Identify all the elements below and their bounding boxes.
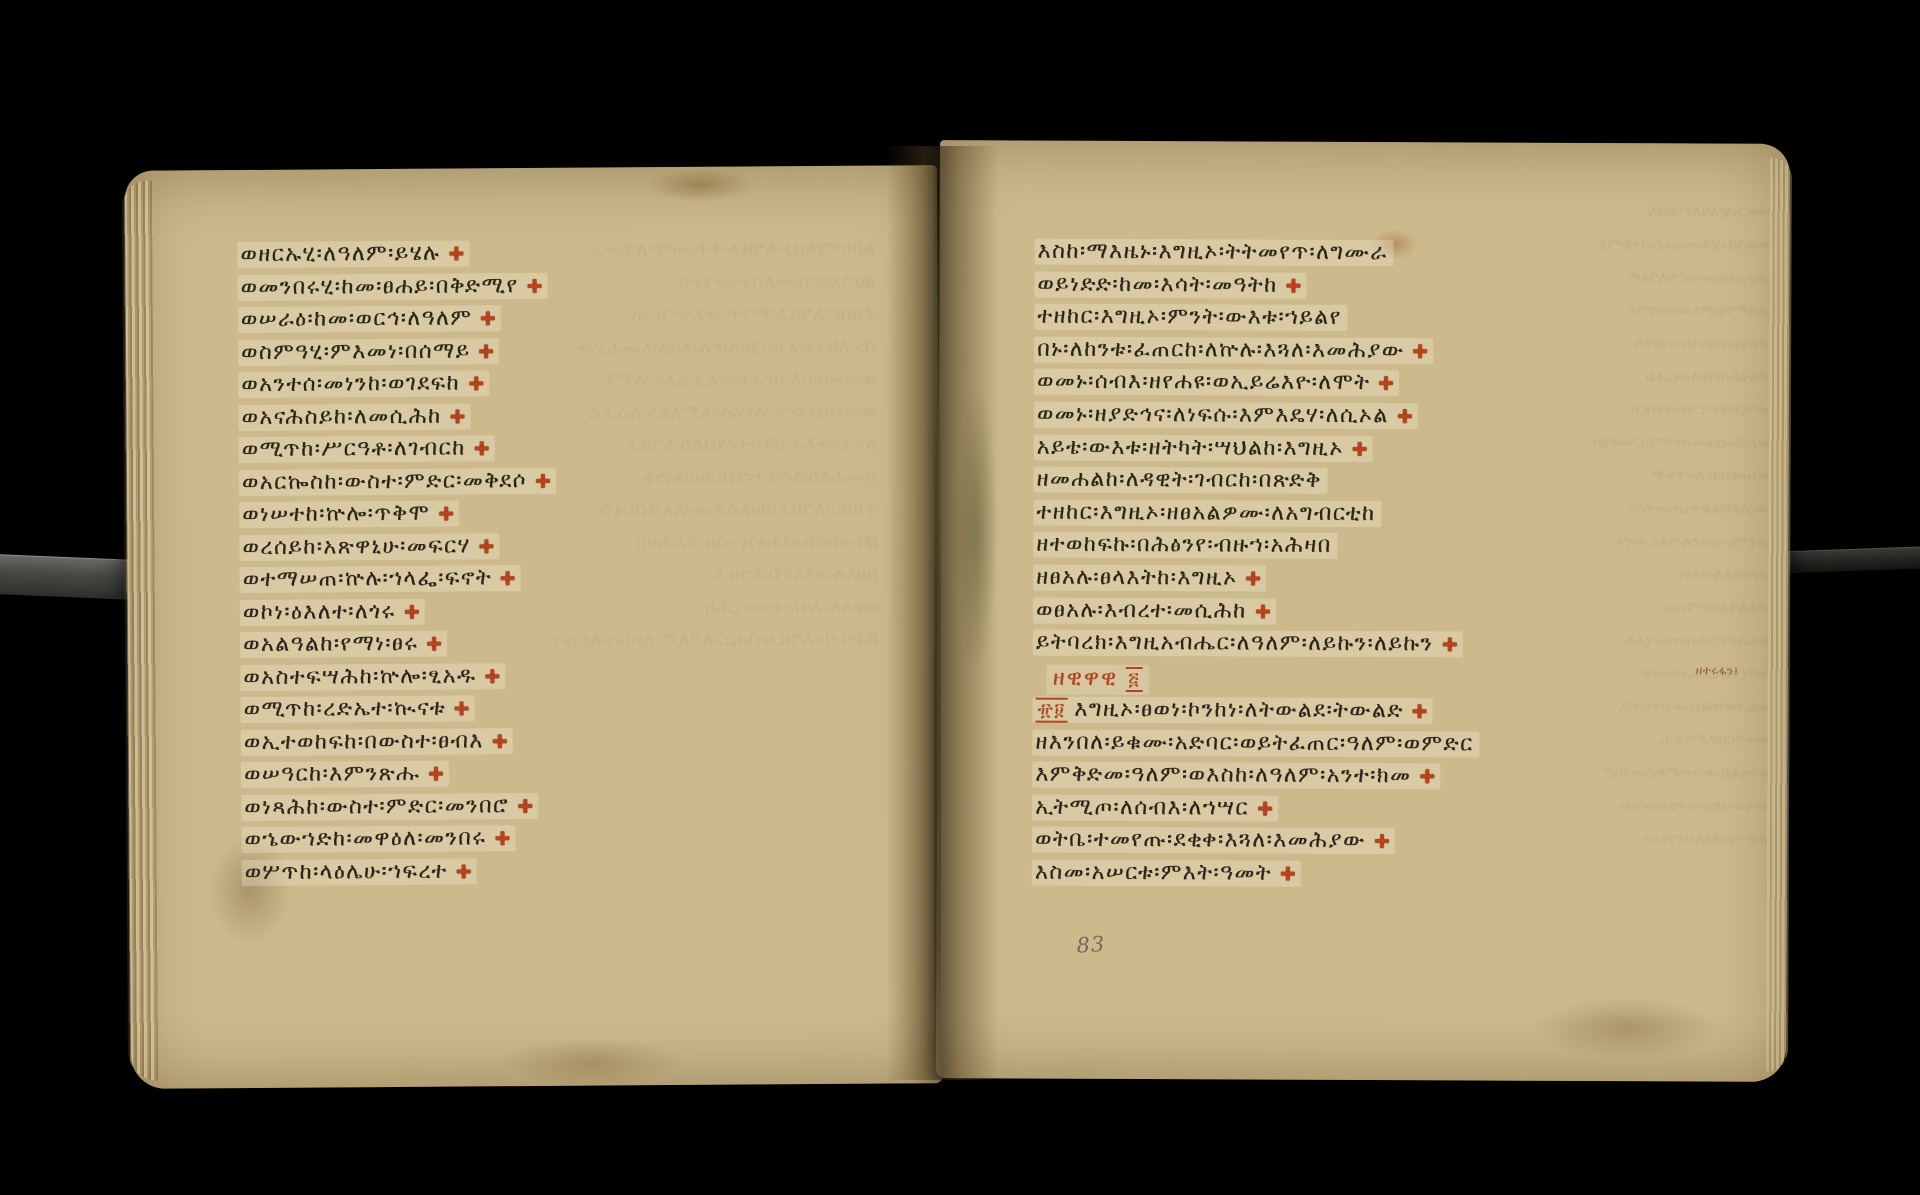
manuscript-line: ወሦጥከ፡ላዕሌሁ፡ኀፍረተ bbox=[242, 858, 477, 886]
verse-divider-cross-icon bbox=[404, 604, 418, 618]
verse-text: ወይነድድ፡ከመ፡እሳት፡መዓትከ bbox=[1037, 271, 1277, 297]
verse-text: ዘእንበለ፡ይቁሙ፡አድባር፡ወይትፈጠር፡ዓለም፡ወምድር bbox=[1035, 729, 1473, 756]
stain bbox=[945, 320, 1007, 740]
manuscript-line: ኢትሚጦ፡ለሰብእ፡ለኀሣር bbox=[1032, 794, 1278, 821]
verse-text: ወመኑ፡ሰብእ፡ዘየሐዩ፡ወኢይሬእዮ፡ለሞት bbox=[1037, 369, 1370, 395]
verse-text: እስመ፡አሠርቱ፡ምእት፡ዓመት bbox=[1035, 860, 1272, 886]
verse-text: እስከ፡ማእዜኑ፡እግዚኦ፡ትትመየጥ፡ለግሙራ bbox=[1038, 239, 1388, 266]
verse-text: ወረሰይከ፡አጽዋኒሁ፡መፍርሃ bbox=[242, 533, 470, 560]
page-edge-stack-right bbox=[1766, 158, 1792, 1072]
manuscript-line: ወተማሠጠ፡ኵሉ፡ኀላፌ፡ፍኖት bbox=[240, 565, 522, 593]
verse-text: አይቴ፡ውእቱ፡ዘትካት፡ሣህልከ፡እግዚኦ bbox=[1037, 434, 1344, 460]
verse-divider-cross-icon bbox=[481, 311, 495, 325]
verse-text: እግዚኦ፡ፀወነ፡ኮንከነ፡ለትውልደ፡ትውልድ bbox=[1074, 697, 1404, 723]
verse-divider-cross-icon bbox=[479, 344, 493, 358]
verse-text: ወኢተወከፍከ፡በውስተ፡ፀብእ bbox=[244, 728, 484, 755]
verse-divider-cross-icon bbox=[527, 278, 541, 292]
verse-text: ወመኑ፡ዘያድኅና፡ለነፍሱ፡እምእዴሃ፡ለሲኦል bbox=[1037, 402, 1389, 429]
manuscript-line: ዘፀአሉ፡ፀላእትከ፡እግዚኦ bbox=[1033, 564, 1266, 591]
manuscript-line: ተዘከር፡እግዚኦ፡ዘፀአልዎሙ፡ለአግብርቲከ bbox=[1033, 499, 1381, 527]
manuscript-line: ወኄውኀድከ፡መዋዕለ፡መንበሩ bbox=[241, 825, 515, 853]
verse-text: ኢትሚጦ፡ለሰብእ፡ለኀሣር bbox=[1035, 794, 1249, 820]
verse-divider-cross-icon bbox=[1379, 376, 1393, 390]
verse-text: ወሚጥከ፡ሥርዓቶ፡ለገብርከ bbox=[242, 435, 466, 462]
manuscript-line: ወሠዓርከ፡እምንጽሑ bbox=[241, 761, 449, 788]
verse-divider-cross-icon bbox=[1413, 344, 1427, 358]
verse-text: ወአልዓልከ፡የማነ፡ፀሩ bbox=[243, 631, 418, 657]
verse-divider-cross-icon bbox=[1353, 442, 1367, 456]
manuscript-line: ወፀአሉ፡እብረተ፡መሲሕከ bbox=[1033, 597, 1276, 624]
manuscript-line: ወመንበሩሂ፡ከመ፡ፀሐይ፡በቅድሚየ bbox=[238, 272, 548, 300]
manuscript-line: ወመኑ፡ዘያድኅና፡ለነፍሱ፡እምእዴሃ፡ለሲኦል bbox=[1034, 402, 1418, 430]
manuscript-line: በኑ፡ለከንቱ፡ፈጠርከ፡ለኵሉ፡እጓለ፡እመሕያው bbox=[1034, 336, 1433, 364]
verse-divider-cross-icon bbox=[450, 409, 464, 423]
manuscript-line: ተዘከር፡እግዚኦ፡ምንት፡ውእቱ፡ኀይልየ bbox=[1034, 304, 1347, 331]
rubric-heading: ዘዊዋዊ፭ bbox=[1047, 665, 1149, 695]
verse-divider-cross-icon bbox=[1246, 571, 1260, 585]
manuscript-line: ወኢተወከፍከ፡በውስተ፡ፀብእ bbox=[241, 728, 513, 756]
manuscript-line: ዘመሐልከ፡ለዳዊት፡ገብርከ፡በጽድቅ bbox=[1034, 467, 1328, 494]
manuscript-line: ዘተወከፍኩ፡በሕፅንየ፡ብዙኀ፡አሕዛበ bbox=[1033, 532, 1337, 559]
verse-divider-cross-icon bbox=[1286, 278, 1300, 292]
verse-divider-cross-icon bbox=[439, 507, 453, 521]
verse-text: ወዘርኡሂ፡ለዓለም፡ይሄሉ bbox=[240, 241, 440, 267]
verse-divider-cross-icon bbox=[1398, 409, 1412, 423]
left-page: እስከ፡ማእዜኑ፡እግዚኦ፡ትትመየጥ፡ለግሙራወይነድድ፡ከመ፡እሳት፡መዓት… bbox=[125, 165, 943, 1089]
manuscript-line: ወመኑ፡ሰብእ፡ዘየሐዩ፡ወኢይሬእዮ፡ለሞት bbox=[1034, 369, 1400, 397]
manuscript-line: ወአንተሰ፡መነንከ፡ወገደፍከ bbox=[238, 370, 489, 398]
verse-text: ወአንተሰ፡መነንከ፡ወገደፍከ bbox=[241, 371, 460, 398]
manuscript-line: ወአልዓልከ፡የማነ፡ፀሩ bbox=[240, 631, 447, 658]
verse-divider-cross-icon bbox=[493, 734, 507, 748]
manuscript-line: ይትባረክ፡እግዚአብሔር፡ለዓለም፡ለይኩን፡ለይኩን bbox=[1033, 630, 1463, 658]
verse-divider-cross-icon bbox=[1420, 769, 1434, 783]
manuscript-line: ወሠራዕ፡ከመ፡ወርኅ፡ለዓለም bbox=[238, 305, 502, 333]
verse-divider-cross-icon bbox=[495, 831, 509, 845]
manuscript-line: ወአርኰስከ፡ውስተ፡ምድር፡መቅደሶ bbox=[239, 467, 556, 495]
manuscript-line: እስመ፡አሠርቱ፡ምእት፡ዓመት bbox=[1032, 860, 1301, 887]
rubric-section-numeral: ፭ bbox=[1126, 667, 1142, 692]
manuscript-line: ፹፱እግዚኦ፡ፀወነ፡ኮንከነ፡ለትውልደ፡ትውልድ bbox=[1033, 697, 1433, 725]
manuscript-line: ወኮነ፡ዕእለተ፡ለጎሩ bbox=[240, 598, 425, 625]
verse-divider-cross-icon bbox=[449, 246, 463, 260]
verse-text: ወሠዓርከ፡እምንጽሑ bbox=[244, 761, 420, 787]
verse-text: ዘፀአሉ፡ፀላእትከ፡እግዚኦ bbox=[1036, 565, 1237, 591]
manuscript-line: እምቅድመ፡ዓለም፡ወእስከ፡ለዓለም፡አንተ፡ክመ bbox=[1032, 762, 1440, 790]
verse-divider-cross-icon bbox=[455, 701, 469, 715]
verse-text: ይትባረክ፡እግዚአብሔር፡ለዓለም፡ለይኩን፡ለይኩን bbox=[1036, 630, 1434, 657]
verse-divider-cross-icon bbox=[1374, 834, 1388, 848]
manuscript-line: ዘእንበለ፡ይቁሙ፡አድባር፡ወይትፈጠር፡ዓለም፡ወምድር bbox=[1032, 729, 1479, 757]
manuscript-line: እስከ፡ማእዜኑ፡እግዚኦ፡ትትመየጥ፡ለግሙራ bbox=[1035, 239, 1394, 267]
manuscript-line: ወትቤ፡ተመየጡ፡ደቂቀ፡እጓለ፡እመሕያው bbox=[1032, 827, 1395, 855]
verse-divider-cross-icon bbox=[456, 864, 470, 878]
verse-text: ወሦጥከ፡ላዕሌሁ፡ኀፍረተ bbox=[245, 858, 448, 884]
verse-text: ወተማሠጠ፡ኵሉ፡ኀላፌ፡ፍኖት bbox=[243, 565, 493, 592]
verse-divider-cross-icon bbox=[475, 441, 489, 455]
right-page: ወዘርኡሂ፡ለዓለም፡ይሄሉወመንበሩሂ፡ከመ፡ፀሐይ፡በቅድሚየወሠራዕ፡ከመ… bbox=[936, 140, 1790, 1082]
verse-divider-cross-icon bbox=[1281, 867, 1295, 881]
verse-divider-cross-icon bbox=[1256, 604, 1270, 618]
stain bbox=[1496, 983, 1756, 1074]
verse-divider-cross-icon bbox=[485, 669, 499, 683]
verse-text: ወሚጥከ፡ረድኤተ፡ኲናቱ bbox=[243, 696, 446, 722]
verse-text: ወነሠተከ፡ኵሎ፡ጥቅሞ bbox=[242, 501, 430, 527]
verse-text: ወኮነ፡ዕእለተ፡ለጎሩ bbox=[243, 598, 396, 624]
rubric-heading-text: ዘዊዋዊ bbox=[1053, 666, 1118, 691]
manuscript-line: አይቴ፡ውእቱ፡ዘትካት፡ሣህልከ፡እግዚኦ bbox=[1034, 434, 1373, 461]
stain bbox=[461, 1027, 721, 1099]
verse-text: ተዘከር፡እግዚኦ፡ምንት፡ውእቱ፡ኀይልየ bbox=[1037, 304, 1341, 330]
verse-text: እምቅድመ፡ዓለም፡ወእስከ፡ለዓለም፡አንተ፡ክመ bbox=[1035, 762, 1411, 789]
manuscript-line: ወአናሕስይከ፡ለመሲሕከ bbox=[238, 403, 470, 431]
verse-text: ዘመሐልከ፡ለዳዊት፡ገብርከ፡በጽድቅ bbox=[1037, 467, 1322, 493]
verse-text: ወአስተፍሣሕከ፡ኵሎ፡ፂአዱ bbox=[243, 663, 476, 690]
manuscript-text-right-upper: እስከ፡ማእዜኑ፡እግዚኦ፡ትትመየጥ፡ለግሙራወይነድድ፡ከመ፡እሳት፡መዓት… bbox=[1033, 239, 1464, 665]
manuscript-text-right-lower: ፹፱እግዚኦ፡ፀወነ፡ኮንከነ፡ለትውልደ፡ትውልድዘእንበለ፡ይቁሙ፡አድባር… bbox=[1032, 697, 1480, 895]
verse-text: ወአናሕስይከ፡ለመሲሕከ bbox=[241, 403, 441, 429]
manuscript-line: ወዘርኡሂ፡ለዓለም፡ይሄሉ bbox=[237, 240, 469, 268]
bleedthrough-text: ወዘርኡሂ፡ለዓለም፡ይሄሉወመንበሩሂ፡ከመ፡ፀሐይ፡በቅድሚየወሠራዕ፡ከመ… bbox=[1482, 195, 1770, 856]
margin-note: ዘተሩፋን፤ bbox=[1696, 663, 1740, 679]
verse-divider-cross-icon bbox=[1258, 801, 1272, 815]
verse-text: ተዘከር፡እግዚኦ፡ዘፀአልዎሙ፡ለአግብርቲከ bbox=[1036, 499, 1375, 525]
verse-text: ዘተወከፍኩ፡በሕፅንየ፡ብዙኀ፡አሕዛበ bbox=[1036, 532, 1331, 558]
manuscript-line: ወይነድድ፡ከመ፡እሳት፡መዓትከ bbox=[1034, 271, 1306, 298]
open-manuscript-book: እስከ፡ማእዜኑ፡እግዚኦ፡ትትመየጥ፡ለግሙራወይነድድ፡ከመ፡እሳት፡መዓት… bbox=[0, 0, 1920, 1195]
verse-divider-cross-icon bbox=[429, 767, 443, 781]
manuscript-line: ወነጻሕከ፡ውስተ፡ምድር፡መንበሮ bbox=[241, 792, 538, 820]
verse-text: በኑ፡ለከንቱ፡ፈጠርከ፡ለኵሉ፡እጓለ፡እመሕያው bbox=[1037, 336, 1404, 363]
page-number-annotation: 83 bbox=[1076, 932, 1106, 958]
manuscript-line: ወረሰይከ፡አጽዋኒሁ፡መፍርሃ bbox=[239, 533, 499, 561]
verse-divider-cross-icon bbox=[518, 799, 532, 813]
manuscript-line: ወአስተፍሣሕከ፡ኵሎ፡ፂአዱ bbox=[240, 663, 505, 691]
manuscript-text-left: ወዘርኡሂ፡ለዓለም፡ይሄሉወመንበሩሂ፡ከመ፡ፀሐይ፡በቅድሚየወሠራዕ፡ከመ… bbox=[237, 240, 558, 892]
manuscript-line: ወሚጥከ፡ሥርዓቶ፡ለገብርከ bbox=[239, 435, 495, 463]
stain bbox=[625, 160, 775, 209]
manuscript-line: ወሚጥከ፡ረድኤተ፡ኲናቱ bbox=[240, 695, 475, 723]
manuscript-line: ወነሠተከ፡ኵሎ፡ጥቅሞ bbox=[239, 501, 459, 529]
manuscript-photograph: እስከ፡ማእዜኑ፡እግዚኦ፡ትትመየጥ፡ለግሙራወይነድድ፡ከመ፡እሳት፡መዓት… bbox=[0, 0, 1920, 1195]
verse-divider-cross-icon bbox=[480, 539, 494, 553]
verse-divider-cross-icon bbox=[1413, 704, 1427, 718]
verse-text: ወነጻሕከ፡ውስተ፡ምድር፡መንበሮ bbox=[244, 793, 509, 820]
verse-text: ወሠራዕ፡ከመ፡ወርኅ፡ለዓለም bbox=[241, 305, 473, 332]
verse-divider-cross-icon bbox=[536, 473, 550, 487]
verse-text: ወፀአሉ፡እብረተ፡መሲሕከ bbox=[1036, 597, 1247, 623]
verse-divider-cross-icon bbox=[1442, 637, 1456, 651]
verse-text: ወትቤ፡ተመየጡ፡ደቂቀ፡እጓለ፡እመሕያው bbox=[1035, 827, 1366, 853]
verse-text: ወመንበሩሂ፡ከመ፡ፀሐይ፡በቅድሚየ bbox=[241, 273, 519, 300]
manuscript-line: ወስምዓሂ፡ምእመነ፡በሰማይ bbox=[238, 338, 500, 366]
verse-divider-cross-icon bbox=[469, 376, 483, 390]
psalm-number: ፹፱ bbox=[1036, 698, 1068, 723]
verse-text: ወስምዓሂ፡ምእመነ፡በሰማይ bbox=[241, 338, 471, 365]
verse-divider-cross-icon bbox=[501, 571, 515, 585]
verse-text: ወኄውኀድከ፡መዋዕለ፡መንበሩ bbox=[244, 825, 486, 852]
verse-divider-cross-icon bbox=[427, 637, 441, 651]
verse-text: ወአርኰስከ፡ውስተ፡ምድር፡መቅደሶ bbox=[242, 468, 527, 495]
page-edge-stack-left bbox=[122, 181, 158, 1081]
